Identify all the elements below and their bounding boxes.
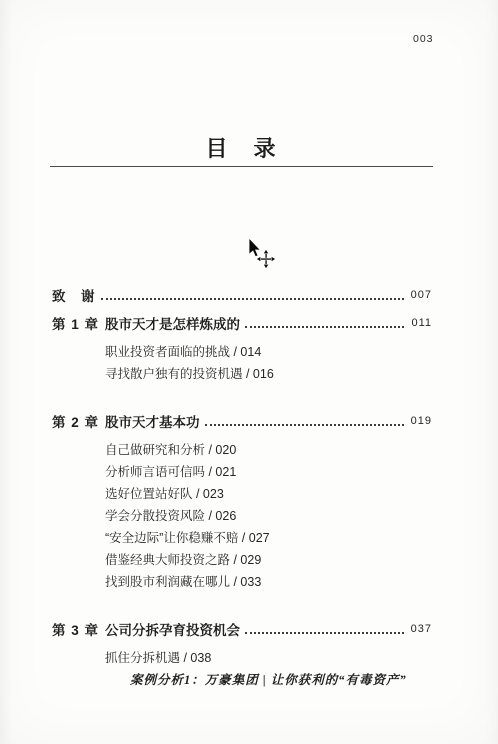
chapter-label: 第 1 章 [52, 313, 105, 333]
section-text: 抓住分拆机遇 / 038 [105, 648, 211, 666]
page-number: 011 [411, 317, 432, 329]
page-number: 019 [411, 415, 432, 427]
toc-entry-front-matter: 致 谢007 [52, 284, 432, 306]
section-text: 找到股市利润藏在哪儿 / 033 [105, 572, 261, 590]
toc-entry-section: 找到股市利润藏在哪儿 / 033 [52, 570, 432, 592]
toc-entry-section: 选好位置站好队 / 023 [52, 482, 432, 504]
section-text: 职业投资者面临的挑战 / 014 [105, 342, 261, 360]
page-number: 037 [411, 623, 432, 635]
toc-list: 致 谢007第 1 章股市天才是怎样炼成的011职业投资者面临的挑战 / 014… [52, 284, 432, 690]
section-text: “安全边际”让你稳赚不赔 / 027 [105, 528, 270, 546]
toc-entry-section: 寻找散户独有的投资机遇 / 016 [52, 362, 432, 384]
dot-leader [245, 624, 404, 634]
folio-page-number: 003 [413, 33, 434, 45]
page-number: 007 [411, 289, 432, 301]
page-title: 目 录 [50, 132, 433, 163]
section-text: 自己做研究和分析 / 020 [105, 440, 236, 458]
section-text: 选好位置站好队 / 023 [105, 484, 224, 502]
section-text: 寻找散户独有的投资机遇 / 016 [105, 364, 274, 382]
toc-entry-section: 分析师言语可信吗 / 021 [52, 460, 432, 482]
toc-entry-chapter: 第 3 章公司分拆孕育投资机会037 [52, 618, 432, 640]
book-toc-page: 003 目 录 致 谢007第 1 章股市天才是怎样炼成的011职业投资者面临的… [0, 0, 498, 744]
section-text: 学会分散投资风险 / 026 [105, 506, 236, 524]
dot-leader [205, 416, 404, 426]
chapter-title: 股市天才基本功 [105, 411, 200, 431]
toc-entry-section: 抓住分拆机遇 / 038 [52, 646, 432, 668]
move-arrows-icon [256, 249, 275, 268]
toc-entry-case-study: 案例分析1：万豪集团 | 让你获利的“有毒资产” [52, 668, 432, 690]
toc-entry-section: 职业投资者面临的挑战 / 014 [52, 340, 432, 362]
toc-entry-section: 自己做研究和分析 / 020 [52, 438, 432, 460]
toc-entry-chapter: 第 1 章股市天才是怎样炼成的011 [52, 312, 432, 334]
toc-entry-section: 借鉴经典大师投资之路 / 029 [52, 548, 432, 570]
cursor-arrow-icon [249, 238, 260, 257]
chapter-label: 第 2 章 [52, 411, 105, 431]
dot-leader [101, 290, 404, 300]
chapter-title: 公司分拆孕育投资机会 [105, 619, 240, 639]
dot-leader [245, 318, 404, 328]
section-text: 借鉴经典大师投资之路 / 029 [105, 550, 261, 568]
toc-entry-section: 学会分散投资风险 / 026 [52, 504, 432, 526]
toc-entry-chapter: 第 2 章股市天才基本功019 [52, 410, 432, 432]
section-text: 分析师言语可信吗 / 021 [105, 462, 236, 480]
chapter-title: 股市天才是怎样炼成的 [105, 313, 240, 333]
chapter-label: 第 3 章 [52, 619, 105, 639]
mouse-move-cursor-icon [246, 237, 276, 271]
toc-entry-section: “安全边际”让你稳赚不赔 / 027 [52, 526, 432, 548]
section-text: 案例分析1：万豪集团 | 让你获利的“有毒资产” [130, 670, 407, 688]
title-divider-rule [50, 166, 433, 167]
front-matter-label: 致 谢 [52, 285, 96, 305]
